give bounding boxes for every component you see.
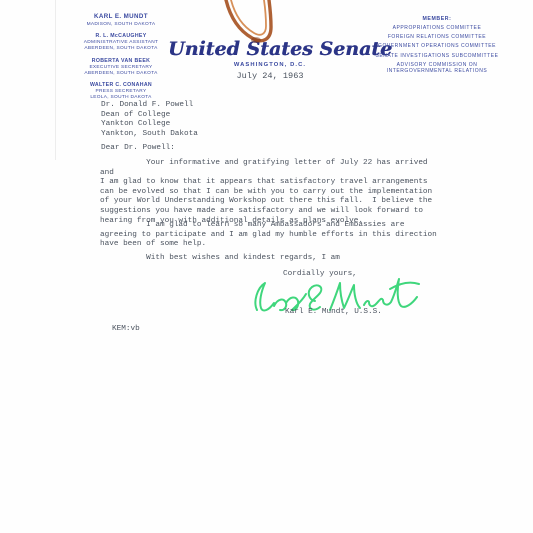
letter-date: July 24, 1963 — [168, 71, 372, 81]
staff-title: ADMINISTRATIVE ASSISTANT — [64, 40, 178, 45]
committee-item: GOVERNMENT OPERATIONS COMMITTEE — [366, 44, 508, 50]
staff-title: PRESS SECRETARY — [64, 89, 178, 94]
staff-name: R. L. McCAUGHEY — [64, 33, 178, 39]
staff-entry: ROBERTA VAN BEEK EXECUTIVE SECRETARY ABE… — [64, 58, 178, 76]
letterhead-left-column: KARL E. MUNDT MADISON, SOUTH DAKOTA R. L… — [64, 13, 178, 100]
staff-location: LEOLA, SOUTH DAKOTA — [64, 95, 178, 100]
staff-name: WALTER C. CONAHAN — [64, 82, 178, 88]
staff-location: ABERDEEN, SOUTH DAKOTA — [64, 71, 178, 76]
salutation: Dear Dr. Powell: — [101, 144, 175, 154]
member-heading: MEMBER: — [366, 16, 508, 22]
senator-name: KARL E. MUNDT — [64, 13, 178, 20]
staff-entry: R. L. McCAUGHEY ADMINISTRATIVE ASSISTANT… — [64, 33, 178, 51]
staff-name: ROBERTA VAN BEEK — [64, 58, 178, 64]
committee-item: APPROPRIATIONS COMMITTEE — [366, 26, 508, 32]
letter-document: KARL E. MUNDT MADISON, SOUTH DAKOTA R. L… — [0, 0, 533, 533]
staff-title: EXECUTIVE SECRETARY — [64, 65, 178, 70]
recipient-address: Dr. Donald F. Powell Dean of College Yan… — [101, 101, 198, 139]
scan-fold-line — [55, 0, 56, 160]
committee-item: ADVISORY COMMISSION ON INTERGOVERNMENTAL… — [366, 63, 508, 75]
rust-paperclip-stain-icon — [210, 0, 290, 60]
typed-signature-name: Karl E. Mundt, U.S.S. — [285, 308, 382, 318]
staff-location: ABERDEEN, SOUTH DAKOTA — [64, 46, 178, 51]
body-paragraph-2: I am glad to learn so many Ambassadors a… — [100, 221, 445, 250]
senate-city: WASHINGTON, D.C. — [168, 62, 372, 68]
staff-entry: WALTER C. CONAHAN PRESS SECRETARY LEOLA,… — [64, 82, 178, 100]
reference-initials: KEM:vb — [112, 325, 140, 335]
committee-item: SENATE INVESTIGATIONS SUBCOMMITTEE — [366, 54, 508, 60]
body-paragraph-1: Your informative and gratifying letter o… — [100, 159, 445, 226]
senator-location: MADISON, SOUTH DAKOTA — [64, 22, 178, 27]
committee-item: FOREIGN RELATIONS COMMITTEE — [366, 35, 508, 41]
letterhead-right-column: MEMBER: APPROPRIATIONS COMMITTEE FOREIGN… — [366, 16, 508, 75]
body-paragraph-3: With best wishes and kindest regards, I … — [100, 254, 445, 264]
